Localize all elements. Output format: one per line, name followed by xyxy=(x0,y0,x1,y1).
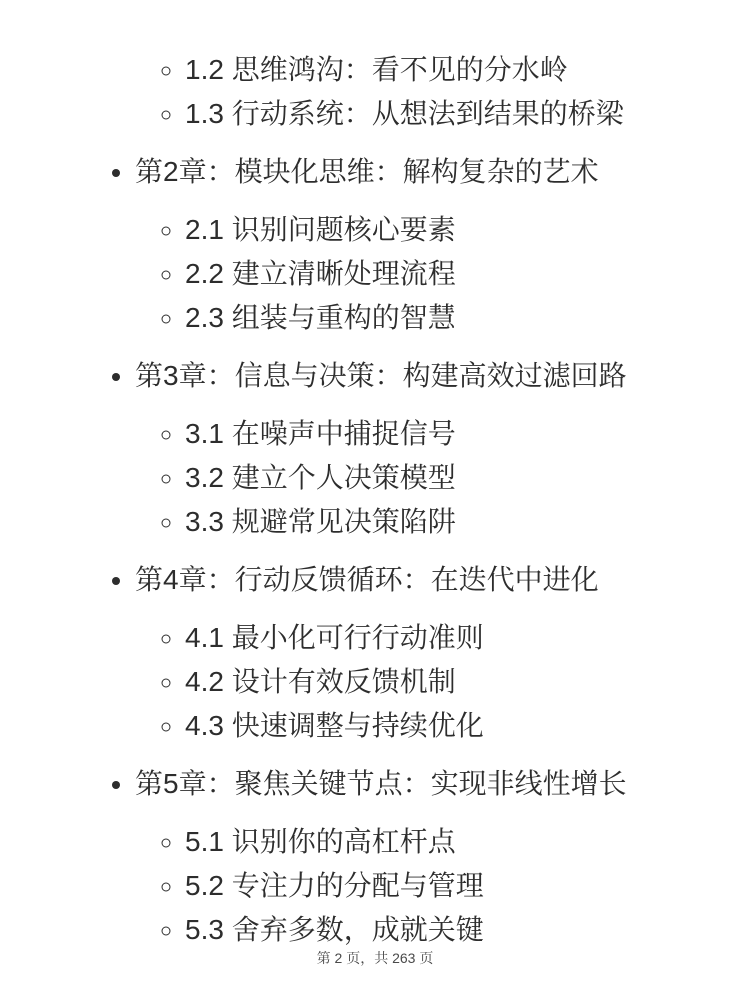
document-page: 1.2 思维鸿沟：看不见的分水岭 1.3 行动系统：从想法到结果的桥梁 第2章：… xyxy=(0,0,750,1000)
toc-section-item: 1.3 行动系统：从想法到结果的桥梁 xyxy=(185,97,730,130)
chapter-title: 第5章：聚焦关键节点：实现非线性增长 xyxy=(135,768,627,799)
toc-section-item: 5.1 识别你的高杠杆点 xyxy=(185,825,730,858)
chapter-title: 第4章：行动反馈循环：在迭代中进化 xyxy=(135,564,599,595)
toc-section-item: 3.2 建立个人决策模型 xyxy=(185,461,730,494)
toc-section-item: 4.2 设计有效反馈机制 xyxy=(185,665,730,698)
table-of-contents: 1.2 思维鸿沟：看不见的分水岭 1.3 行动系统：从想法到结果的桥梁 第2章：… xyxy=(0,0,750,946)
toc-section-item: 4.3 快速调整与持续优化 xyxy=(185,709,730,742)
section-list-continuation: 1.2 思维鸿沟：看不见的分水岭 1.3 行动系统：从想法到结果的桥梁 xyxy=(95,53,730,130)
chapter-list: 第2章：模块化思维：解构复杂的艺术 2.1 识别问题核心要素 2.2 建立清晰处… xyxy=(95,155,730,946)
toc-section-item: 2.3 组装与重构的智慧 xyxy=(185,301,730,334)
section-list: 4.1 最小化可行行动准则 4.2 设计有效反馈机制 4.3 快速调整与持续优化 xyxy=(135,621,730,742)
toc-section-item: 4.1 最小化可行行动准则 xyxy=(185,621,730,654)
toc-section-item: 5.3 舍弃多数，成就关键 xyxy=(185,913,730,946)
section-list: 5.1 识别你的高杠杆点 5.2 专注力的分配与管理 5.3 舍弃多数，成就关键 xyxy=(135,825,730,946)
toc-section-item: 3.1 在噪声中捕捉信号 xyxy=(185,417,730,450)
toc-chapter-item: 第3章：信息与决策：构建高效过滤回路 3.1 在噪声中捕捉信号 3.2 建立个人… xyxy=(135,359,730,538)
toc-section-item: 5.2 专注力的分配与管理 xyxy=(185,869,730,902)
toc-chapter-item: 第2章：模块化思维：解构复杂的艺术 2.1 识别问题核心要素 2.2 建立清晰处… xyxy=(135,155,730,334)
toc-section-item: 3.3 规避常见决策陷阱 xyxy=(185,505,730,538)
section-list: 2.1 识别问题核心要素 2.2 建立清晰处理流程 2.3 组装与重构的智慧 xyxy=(135,213,730,334)
toc-chapter-item: 第4章：行动反馈循环：在迭代中进化 4.1 最小化可行行动准则 4.2 设计有效… xyxy=(135,563,730,742)
section-list: 3.1 在噪声中捕捉信号 3.2 建立个人决策模型 3.3 规避常见决策陷阱 xyxy=(135,417,730,538)
toc-chapter-item: 第5章：聚焦关键节点：实现非线性增长 5.1 识别你的高杠杆点 5.2 专注力的… xyxy=(135,767,730,946)
chapter-title: 第2章：模块化思维：解构复杂的艺术 xyxy=(135,156,599,187)
toc-section-item: 2.1 识别问题核心要素 xyxy=(185,213,730,246)
page-number: 第 2 页，共 263 页 xyxy=(0,948,750,968)
toc-section-item: 1.2 思维鸿沟：看不见的分水岭 xyxy=(185,53,730,86)
chapter-title: 第3章：信息与决策：构建高效过滤回路 xyxy=(135,360,627,391)
toc-section-item: 2.2 建立清晰处理流程 xyxy=(185,257,730,290)
